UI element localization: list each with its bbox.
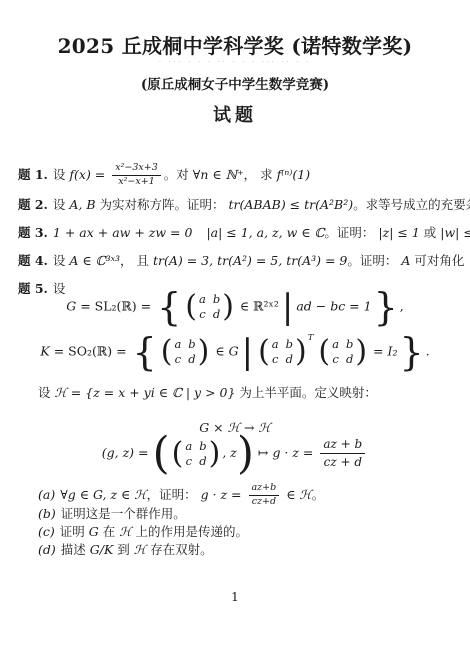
problem-1-function: f(x) = [69,167,109,182]
outer-lparen: ( [152,436,169,471]
equation-text: = SO₂(ℝ) = [50,344,131,359]
problem-2-matrices: A, B [69,197,95,212]
right-brace: } [399,337,423,367]
matrix-lparen: ( [258,339,270,365]
identity-matrix: I₂ [388,344,398,359]
problem-1-label: 题 1. [18,167,48,182]
matrix-entry-a: a [199,292,206,307]
problem-3-bound-z: |z| ≤ 1 [378,225,419,240]
problem-3: 题 3.1 + ax + aw + zw = 0|a| ≤ 1, a, z, w… [18,224,470,242]
comma: , [400,299,404,314]
such-that-bar: | [242,339,253,366]
matrix-entry-c: c [332,352,339,367]
problem-4-text: ， 且 [120,253,153,268]
symbol-G: G [89,524,99,539]
matrix-entry-b: b [346,337,353,352]
page-number: 1 [0,590,470,604]
matrix-entry-b: b [286,337,293,352]
problem-4-matrix-space: A ∈ ℂ³ˣ³ [69,253,120,268]
matrix-entry-c: c [272,352,279,367]
matrix-2x2: (abcd) [185,292,234,322]
problem-3-condition: |a| ≤ 1, a, z, w ∈ ℂ [206,225,324,240]
symbol-H: ℋ [134,542,146,557]
equation-K-definition: K = SO₂(ℝ) = {(abcd) ∈ G|(abcd)T(abcd) =… [0,337,470,367]
matrix-entry-a: a [332,337,339,352]
fraction: x²−3x+3x²−x+1 [112,163,161,188]
transpose-superscript: T [308,333,314,343]
matrix-entry-c: c [185,454,192,469]
matrix-lparen: ( [185,294,197,320]
matrix-entry-b: b [199,439,206,454]
problem-4-text: 。证明： [347,253,401,268]
problem-1: 题 1.设 f(x) = x²−3x+3x²−x+1。对 ∀n ∈ ℕ⁺， 求 … [18,163,310,188]
fraction-denominator: cz+d [249,496,280,508]
problem-3-bound-w: |w| ≤ 1 [440,225,470,240]
matrix-entry-d: d [346,352,353,367]
subproblem-c-text: 在 [99,524,119,539]
matrix-entry-a: a [272,337,279,352]
symbol-H: ℋ [119,524,131,539]
document-title: 2025 丘成桐中学科学奖 (诺特数学奖) [0,30,470,59]
problem-4-text: 设 [53,253,69,268]
subproblem-b-text: 证明这是一个群作用。 [61,506,186,521]
map-z-argument: , z [222,445,237,460]
equals: = [369,344,387,359]
half-plane-definition: 设 ℋ = {z = x + yi ∈ ℂ | y > 0} 为上半平面。定义映… [38,384,377,402]
map-lhs: (g, z) = [102,445,153,460]
matrix-entry-a: a [174,337,181,352]
map-signature: G × ℋ → ℋ [0,420,470,435]
fraction: az + bcz + d [320,437,365,470]
subproblem-d: (d)描述 G/K 到 ℋ 存在双射。 [38,541,213,559]
matrix-rparen: ) [355,339,367,365]
problem-2-inequality: tr(ABAB) ≤ tr(A²B²) [229,197,354,212]
matrix-entry-d: d [199,454,206,469]
left-brace: { [157,292,181,322]
matrix-entry-d: d [213,307,220,322]
subproblem-b: (b)证明这是一个群作用。 [38,505,186,523]
mapsto-arrow: ↦ [254,445,272,460]
matrix-2x2-transposed: (abcd) [258,337,307,367]
subproblem-c: (c)证明 G 在 ℋ 上的作用是传递的。 [38,523,248,541]
subproblem-d-text: 存在双射。 [146,542,212,557]
subproblem-a-membership: ∈ ℋ [282,487,312,502]
problem-1-text: 。对 [164,167,193,182]
half-plane-text: 设 [38,385,54,400]
matrix-lparen: ( [172,441,184,467]
subproblem-a-text: 。 [312,487,325,502]
subproblem-c-text: 证明 [60,524,89,539]
matrix-entry-b: b [213,292,220,307]
symbol-K: K [40,344,49,359]
matrix-entry-a: a [185,439,192,454]
matrix-lparen: ( [161,339,173,365]
matrix-entry-b: b [188,337,195,352]
map-definition: (g, z) = ((abcd), z) ↦ g · z = az + bcz … [0,436,470,471]
problem-3-text: 。证明： [324,225,378,240]
right-brace: } [374,292,398,322]
problem-2: 题 2.设 A, B 为实对称方阵。证明： tr(ABAB) ≤ tr(A²B²… [18,196,470,214]
problem-1-quantifier: ∀n ∈ ℕ⁺ [193,167,244,182]
subproblem-d-text: 到 [113,542,133,557]
fraction-denominator: x²−x+1 [112,176,161,188]
matrix-rparen: ) [295,339,307,365]
matrix-2x2: (abcd) [161,337,210,367]
subproblem-a-action: g · z = [201,487,246,502]
such-that-bar: | [282,294,293,321]
faded-print-artifact: · ··· · · · ·· · · · ··· ·· · · [0,59,470,66]
subproblem-c-label: (c) [38,524,55,539]
matrix-lparen: ( [318,339,330,365]
matrix-2x2: (abcd) [318,337,367,367]
problem-3-equation: 1 + ax + aw + zw = 0 [53,225,193,240]
symbol-G: G [229,344,239,359]
map-signature-formula: G × ℋ → ℋ [199,420,271,435]
subproblem-a-label: (a) [38,487,55,502]
problem-1-text: 设 [53,167,69,182]
subproblem-a-text: ，证明： [147,487,201,502]
problem-2-text: 为实对称方阵。证明： [96,197,229,212]
problem-4-traces: tr(A) = 3, tr(A²) = 5, tr(A³) = 9 [153,253,347,268]
section-heading: 试题 [0,101,470,127]
subproblem-c-text: 上的作用是传递的。 [132,524,248,539]
problem-3-label: 题 3. [18,225,48,240]
fraction-numerator: az+b [249,483,280,496]
fraction: az+bcz+d [249,483,280,508]
document-subtitle: (原丘成桐女子中学生数学竞赛) [0,73,470,93]
subproblem-d-label: (d) [38,542,56,557]
fraction-numerator: az + b [320,437,365,454]
half-plane-text: 为上半平面。定义映射： [235,385,376,400]
problem-2-label: 题 2. [18,197,48,212]
problem-2-text: 设 [53,197,69,212]
matrix-entry-d: d [188,352,195,367]
problem-1-target: f⁽ⁿ⁾(1) [277,167,311,182]
equation-G-definition: G = SL₂(ℝ) = {(abcd) ∈ ℝ²ˣ²|ad − bc = 1}… [0,292,470,322]
problem-4-label: 题 4. [18,253,48,268]
membership-R2x2: ∈ ℝ²ˣ² [236,299,279,314]
subproblem-d-text: 描述 [61,542,90,557]
fraction-denominator: cz + d [320,454,365,470]
matrix-rparen: ) [209,441,221,467]
matrix-entry-c: c [199,307,206,322]
problem-3-text: 或 [420,225,440,240]
map-action: g · z = [272,445,317,460]
subproblem-a-quantifier: ∀g ∈ G, z ∈ ℋ [60,487,146,502]
problem-2-text: 。求等号成立的充要条件 [353,197,470,212]
matrix-entry-d: d [286,352,293,367]
left-brace: { [133,337,157,367]
determinant-condition: ad − bc = 1 [296,299,371,314]
equation-text: = SL₂(ℝ) = [76,299,155,314]
quotient-G-K: G/K [90,542,114,557]
matrix-rparen: ) [222,294,234,320]
fraction-numerator: x²−3x+3 [112,163,161,176]
half-plane-formula: ℋ = {z = x + yi ∈ ℂ | y > 0} [54,385,235,400]
membership: ∈ [211,344,228,359]
problem-4-text: 可对角化 [410,253,464,268]
symbol-G: G [66,299,76,314]
period: . [426,344,430,359]
subproblem-b-label: (b) [38,506,56,521]
matrix-rparen: ) [198,339,210,365]
matrix-2x2: (abcd) [172,439,221,469]
exam-document-page: 2025 丘成桐中学科学奖 (诺特数学奖) · ··· · · · ·· · ·… [0,0,470,651]
problem-4: 题 4.设 A ∈ ℂ³ˣ³， 且 tr(A) = 3, tr(A²) = 5,… [18,252,464,270]
problem-1-text: ， 求 [244,167,277,182]
matrix-entry-c: c [174,352,181,367]
outer-rparen: ) [237,436,254,471]
